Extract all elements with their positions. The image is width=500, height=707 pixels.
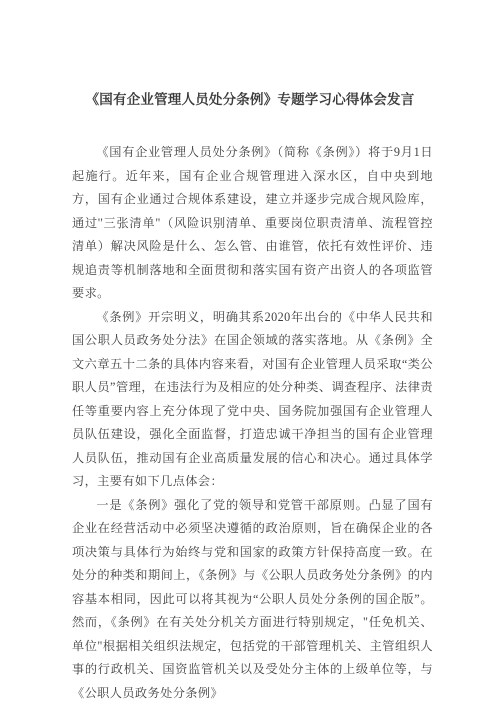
document-page: 《国有企业管理人员处分条例》专题学习心得体会发言 《国有企业管理人员处分条例》（…	[0, 0, 500, 707]
paragraph-point-one: 一是《条例》强化了党的领导和党管干部原则。凸显了国有企业在经营活动中必须坚决遵循…	[72, 494, 433, 706]
document-title: 《国有企业管理人员处分条例》专题学习心得体会发言	[0, 91, 500, 108]
document-body: 《国有企业管理人员处分条例》（简称《条例》）将于9月1日起施行。近年来，国有企业…	[0, 141, 500, 705]
paragraph-overview: 《条例》开宗明义，明确其系2020年出台的《中华人民共和国公职人员政务处分法》在…	[72, 306, 433, 494]
paragraph-intro: 《国有企业管理人员处分条例》（简称《条例》）将于9月1日起施行。近年来，国有企业…	[72, 141, 433, 306]
